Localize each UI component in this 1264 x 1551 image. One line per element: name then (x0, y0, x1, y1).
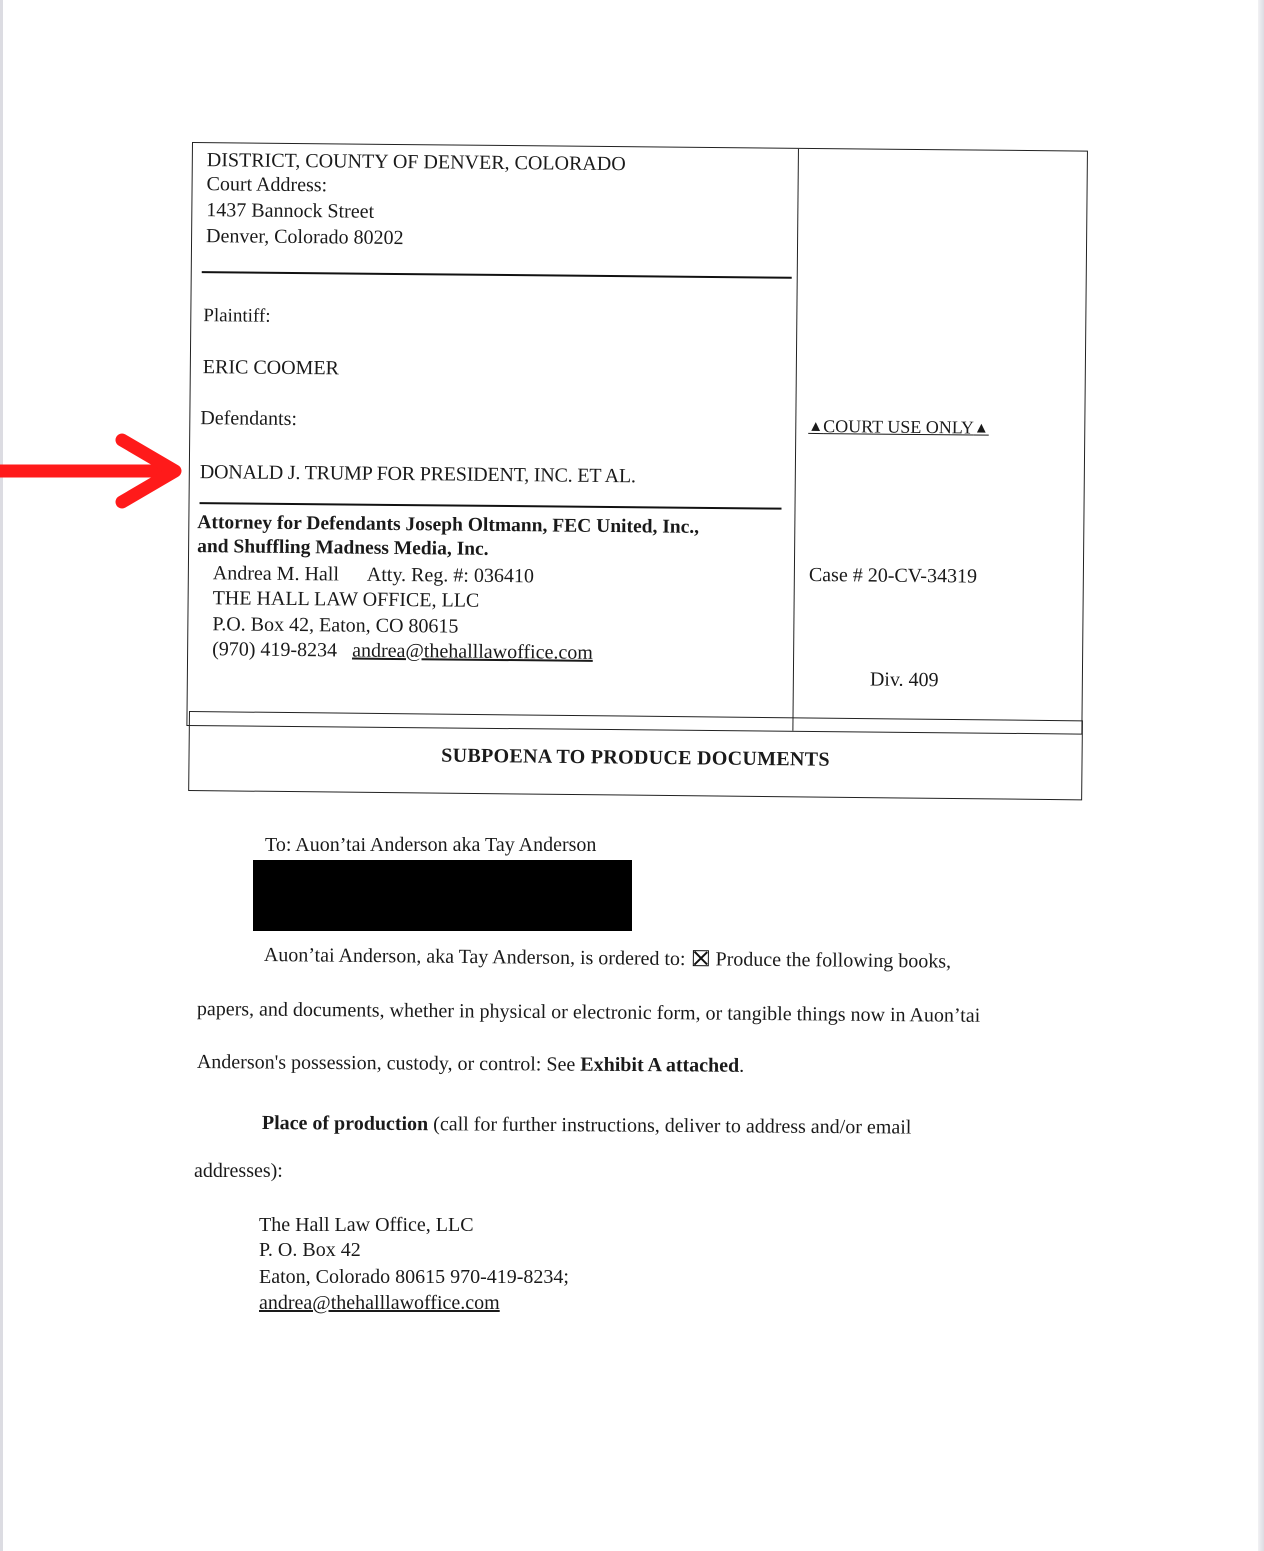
court-city: Denver, Colorado 80202 (206, 223, 404, 251)
attorney-phone: (970) 419-8234 (212, 636, 337, 663)
place-of-production-label: Place of production (262, 1112, 428, 1135)
attorney-heading-line2: and Shuffling Madness Media, Inc. (197, 534, 489, 563)
court-use-only-label: ▲COURT USE ONLY▲ (808, 413, 989, 442)
defendants-label: Defendants: (200, 405, 297, 432)
order-line-1-suffix: Produce the following books, (715, 948, 951, 972)
recipient-line: To: Auon’tai Anderson aka Tay Anderson (265, 832, 596, 858)
order-line-3-prefix: Anderson's possession, custody, or contr… (197, 1051, 581, 1076)
triangle-up-icon: ▲ (974, 421, 989, 437)
caption-rule-2 (200, 502, 782, 510)
order-line-3: Anderson's possession, custody, or contr… (197, 1049, 744, 1079)
exhibit-reference: Exhibit A attached (580, 1054, 739, 1077)
case-number: Case # 20-CV-34319 (809, 562, 977, 590)
order-line-2: papers, and documents, whether in physic… (197, 996, 981, 1029)
redacted-address-block (253, 860, 632, 931)
production-email-link[interactable]: andrea@thehalllawoffice.com (259, 1290, 500, 1316)
case-caption-box: DISTRICT, COUNTY OF DENVER, COLORADO Cou… (186, 142, 1088, 735)
red-arrow-annotation-icon (0, 432, 200, 512)
attorney-address: P.O. Box 42, Eaton, CO 80615 (212, 611, 458, 639)
production-address-city: Eaton, Colorado 80615 970-419-8234; (259, 1264, 569, 1290)
checked-box-icon (692, 950, 708, 966)
order-line-1: Auon’tai Anderson, aka Tay Anderson, is … (264, 942, 951, 975)
attorney-reg-number: Atty. Reg. #: 036410 (367, 562, 534, 590)
caption-rule-1 (202, 271, 792, 279)
production-line-1: Place of production (call for further in… (262, 1110, 912, 1141)
attorney-name: Andrea M. Hall (213, 560, 339, 587)
production-address-firm: The Hall Law Office, LLC (259, 1212, 474, 1238)
caption-column-divider (792, 149, 799, 731)
production-instructions: (call for further instructions, deliver … (428, 1113, 911, 1138)
production-address-box: P. O. Box 42 (259, 1237, 361, 1263)
triangle-up-icon: ▲ (808, 419, 823, 435)
court-street: 1437 Bannock Street (206, 197, 374, 225)
plaintiff-label: Plaintiff: (203, 303, 270, 330)
order-line-1-prefix: Auon’tai Anderson, aka Tay Anderson, is … (264, 944, 686, 970)
page-edge-right (1258, 0, 1264, 1551)
attorney-email-link[interactable]: andrea@thehalllawoffice.com (352, 638, 593, 666)
document-title: SUBPOENA TO PRODUCE DOCUMENTS (189, 740, 1081, 775)
document-title-box: SUBPOENA TO PRODUCE DOCUMENTS (188, 711, 1083, 800)
court-address-label: Court Address: (206, 171, 327, 198)
defendants-name: DONALD J. TRUMP FOR PRESIDENT, INC. ET A… (200, 459, 636, 489)
court-use-only-text: COURT USE ONLY (823, 416, 974, 437)
division-number: Div. 409 (870, 667, 939, 694)
production-line-2: addresses): (194, 1158, 283, 1184)
page-edge-left (0, 0, 3, 1551)
order-line-3-suffix: . (739, 1055, 744, 1077)
plaintiff-name: ERIC COOMER (203, 354, 339, 381)
law-firm-name: THE HALL LAW OFFICE, LLC (212, 585, 479, 614)
